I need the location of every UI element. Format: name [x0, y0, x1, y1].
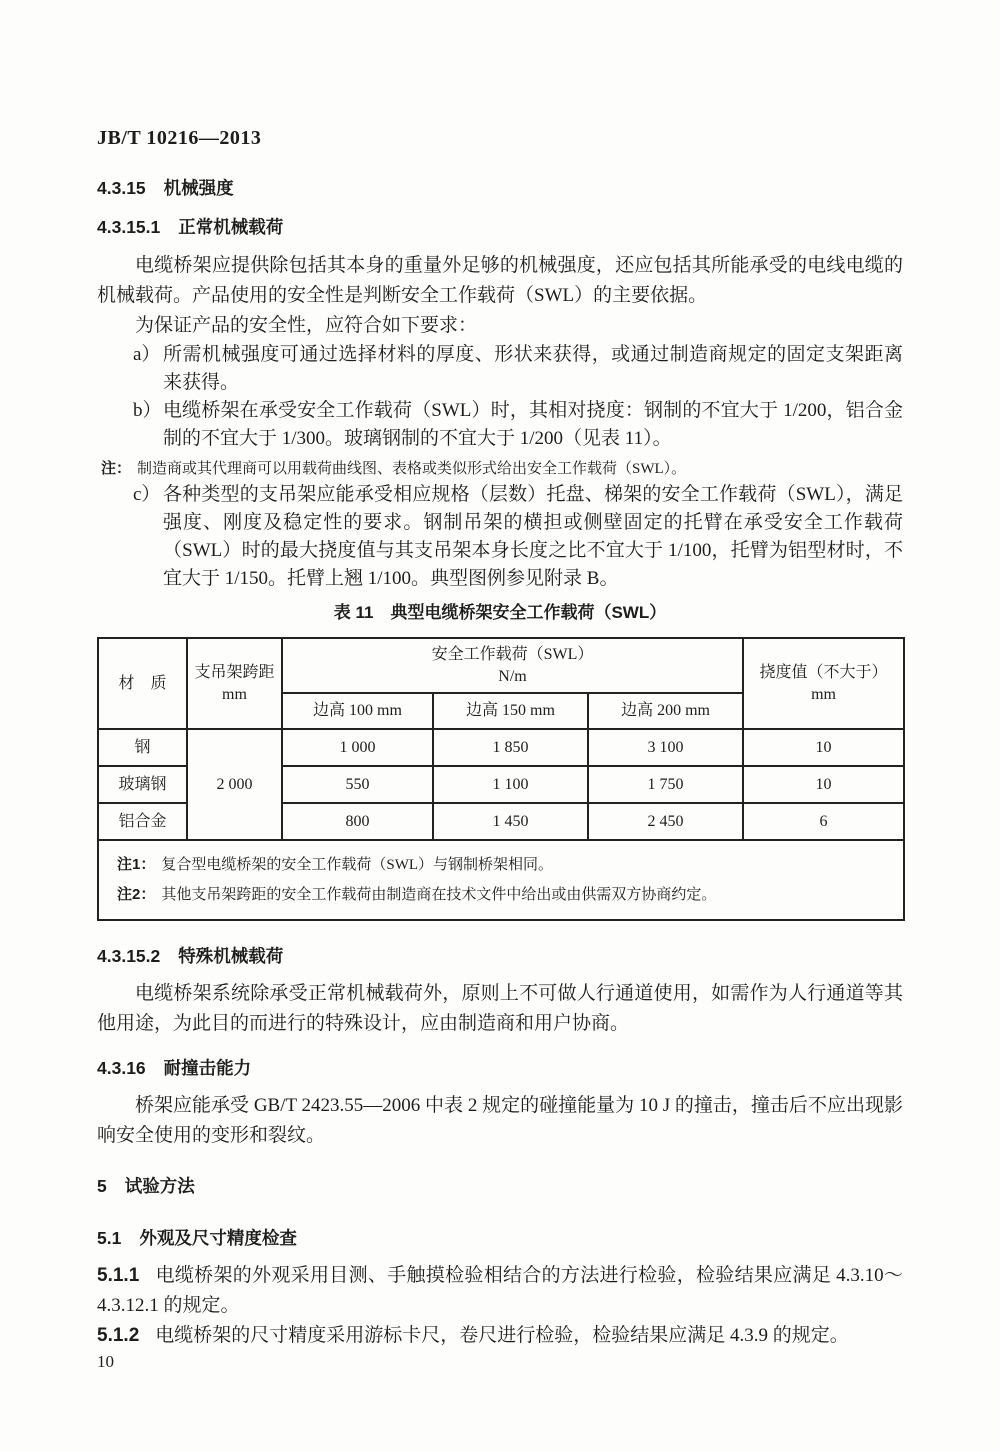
col-header-h100: 边高 100 mm	[282, 693, 433, 729]
section-title: 正常机械载荷	[178, 217, 283, 237]
cell-deflection: 10	[743, 729, 904, 766]
col-header-span-line1: 支吊架跨距	[192, 662, 277, 684]
col-header-span: 支吊架跨距 mm	[187, 638, 282, 729]
paragraph-5-1-1: 5.1.1电缆桥架的外观采用目测、手触摸检验相结合的方法进行检验，检验结果应满足…	[97, 1261, 903, 1321]
cell-material: 铝合金	[98, 803, 187, 840]
note-text: 制造商或其代理商可以用载荷曲线图、表格或类似形式给出安全工作载荷（SWL）。	[137, 461, 686, 477]
list-item-c-label: c）	[133, 481, 163, 593]
col-header-span-line2: mm	[192, 684, 277, 706]
paragraph-normal-load-2: 为保证产品的安全性，应符合如下要求：	[97, 311, 903, 341]
section-number: 5	[97, 1176, 107, 1196]
clause-number: 5.1.1	[97, 1265, 139, 1286]
list-item-b-label: b）	[133, 397, 163, 453]
cell-h200: 1 750	[588, 766, 743, 803]
table-note-2-text: 其他支吊架跨距的安全工作载荷由制造商在技术文件中给出或由供需双方协商约定。	[161, 887, 716, 903]
heading-5: 5试验方法	[97, 1175, 903, 1197]
list-item-b: b） 电缆桥架在承受安全工作载荷（SWL）时，其相对挠度：钢制的不宜大于 1/2…	[97, 397, 903, 453]
table-note-1-label: 注1：	[117, 856, 155, 873]
section-title: 外观及尺寸精度检查	[139, 1228, 297, 1248]
col-header-swl-line1: 安全工作载荷（SWL）	[287, 644, 738, 666]
table-notes-row: 注1：复合型电缆桥架的安全工作载荷（SWL）与钢制桥架相同。 注2：其他支吊架跨…	[98, 840, 904, 920]
col-header-h200: 边高 200 mm	[588, 693, 743, 729]
col-header-swl-line2: N/m	[287, 666, 738, 688]
cell-h100: 1 000	[282, 729, 433, 766]
cell-deflection: 10	[743, 766, 904, 803]
cell-span-value: 2 000	[187, 729, 282, 840]
table-note-2-label: 注2：	[117, 886, 155, 903]
list-item-b-text: 电缆桥架在承受安全工作载荷（SWL）时，其相对挠度：钢制的不宜大于 1/200，…	[163, 397, 903, 453]
table-note-2: 注2：其他支吊架跨距的安全工作载荷由制造商在技术文件中给出或由供需双方协商约定。	[117, 880, 893, 910]
section-title: 耐撞击能力	[164, 1058, 252, 1078]
section-title: 试验方法	[125, 1176, 195, 1196]
list-item-c: c） 各种类型的支吊架应能承受相应规格（层数）托盘、梯架的安全工作载荷（SWL）…	[97, 481, 903, 593]
heading-4-3-15-2: 4.3.15.2特殊机械载荷	[97, 945, 903, 967]
cell-h100: 550	[282, 766, 433, 803]
table-notes-cell: 注1：复合型电缆桥架的安全工作载荷（SWL）与钢制桥架相同。 注2：其他支吊架跨…	[98, 840, 904, 920]
page-number: 10	[97, 1352, 114, 1372]
table-note-1-text: 复合型电缆桥架的安全工作载荷（SWL）与钢制桥架相同。	[161, 857, 553, 873]
table-note-1: 注1：复合型电缆桥架的安全工作载荷（SWL）与钢制桥架相同。	[117, 850, 893, 880]
paragraph-5-1-2: 5.1.2电缆桥架的尺寸精度采用游标卡尺，卷尺进行检验，检验结果应满足 4.3.…	[97, 1321, 903, 1351]
col-header-material: 材 质	[98, 638, 187, 729]
col-header-deflection-line1: 挠度值（不大于）	[748, 662, 899, 684]
cell-material: 钢	[98, 729, 187, 766]
col-header-h150: 边高 150 mm	[433, 693, 588, 729]
page-content: JB/T 10216—2013 4.3.15机械强度 4.3.15.1正常机械载…	[0, 0, 1000, 1351]
cell-h200: 2 450	[588, 803, 743, 840]
heading-4-3-15: 4.3.15机械强度	[97, 177, 903, 199]
cell-material: 玻璃钢	[98, 766, 187, 803]
heading-4-3-16: 4.3.16耐撞击能力	[97, 1057, 903, 1079]
list-item-c-text: 各种类型的支吊架应能承受相应规格（层数）托盘、梯架的安全工作载荷（SWL），满足…	[163, 481, 903, 593]
col-header-deflection-line2: mm	[748, 684, 899, 706]
section-title: 特殊机械载荷	[178, 946, 283, 966]
note-line: 注：制造商或其代理商可以用载荷曲线图、表格或类似形式给出安全工作载荷（SWL）。	[97, 457, 903, 481]
col-header-deflection: 挠度值（不大于） mm	[743, 638, 904, 729]
paragraph-impact: 桥架应能承受 GB/T 2423.55—2006 中表 2 规定的碰撞能量为 1…	[97, 1091, 903, 1151]
table-header-row-1: 材 质 支吊架跨距 mm 安全工作载荷（SWL） N/m 挠度值（不大于） mm	[98, 638, 904, 693]
document-page: JB/T 10216—2013 4.3.15机械强度 4.3.15.1正常机械载…	[0, 0, 1000, 1452]
section-number: 4.3.15.1	[97, 217, 160, 237]
cell-h150: 1 850	[433, 729, 588, 766]
section-number: 4.3.15.2	[97, 946, 160, 966]
list-item-a: a） 所需机械强度可通过选择材料的厚度、形状来获得，或通过制造商规定的固定支架距…	[97, 341, 903, 397]
paragraph-special-load: 电缆桥架系统除承受正常机械载荷外，原则上不可做人行通道使用，如需作为人行通道等其…	[97, 979, 903, 1039]
table-11-caption: 表 11 典型电缆桥架安全工作载荷（SWL）	[97, 601, 903, 625]
table-11: 材 质 支吊架跨距 mm 安全工作载荷（SWL） N/m 挠度值（不大于） mm	[97, 637, 905, 921]
section-number: 5.1	[97, 1228, 121, 1248]
list-item-a-text: 所需机械强度可通过选择材料的厚度、形状来获得，或通过制造商规定的固定支架距离来获…	[163, 341, 903, 397]
clause-number: 5.1.2	[97, 1325, 139, 1346]
heading-4-3-15-1: 4.3.15.1正常机械载荷	[97, 216, 903, 238]
col-header-swl: 安全工作载荷（SWL） N/m	[282, 638, 743, 693]
section-title: 机械强度	[164, 178, 234, 198]
section-number: 4.3.16	[97, 1058, 146, 1078]
list-item-a-label: a）	[133, 341, 163, 397]
cell-h100: 800	[282, 803, 433, 840]
table-row-steel: 钢 2 000 1 000 1 850 3 100 10	[98, 729, 904, 766]
section-number: 4.3.15	[97, 178, 146, 198]
paragraph-normal-load-1: 电缆桥架应提供除包括其本身的重量外足够的机械强度，还应包括其所能承受的电线电缆的…	[97, 251, 903, 311]
cell-deflection: 6	[743, 803, 904, 840]
heading-5-1: 5.1外观及尺寸精度检查	[97, 1227, 903, 1249]
cell-h150: 1 100	[433, 766, 588, 803]
cell-h200: 3 100	[588, 729, 743, 766]
standard-number-header: JB/T 10216—2013	[97, 126, 903, 150]
clause-text: 电缆桥架的尺寸精度采用游标卡尺，卷尺进行检验，检验结果应满足 4.3.9 的规定…	[155, 1325, 849, 1346]
cell-h150: 1 450	[433, 803, 588, 840]
clause-text: 电缆桥架的外观采用目测、手触摸检验相结合的方法进行检验，检验结果应满足 4.3.…	[97, 1265, 903, 1316]
note-label: 注：	[101, 460, 131, 477]
